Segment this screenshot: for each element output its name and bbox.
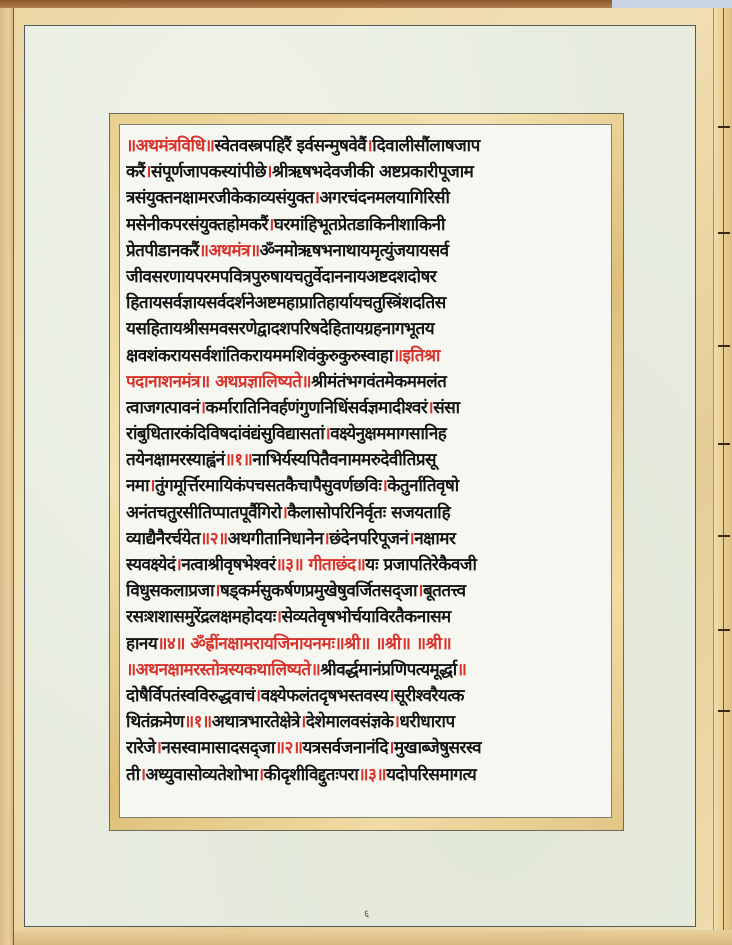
body-text: जीवसरणायपरमपवित्रपुरुषायचतुर्वेदाननायअष्…: [126, 267, 436, 287]
body-text: यदोपरिसमागत्य: [386, 765, 476, 785]
manuscript-line: यसहितायश्रीसमवसरणेद्वादशपरिषदेहितायग्रहन…: [126, 316, 605, 342]
manuscript-line: स्यवक्ष्येदं।नत्वाश्रीवृषभेश्वरं॥३॥ गीता…: [126, 552, 605, 578]
body-text: अनंतचतुरसीतिप्पातपूर्वैगिरो: [126, 503, 281, 523]
body-text: हानय: [126, 634, 157, 654]
binding-stitch-mark: [718, 710, 730, 712]
body-text: नसस्वामासादसद्जा: [161, 738, 274, 758]
body-text: सेव्यतेवृषभोर्चयाविरतैकनासम: [282, 607, 451, 627]
body-text: यत्रसर्वजनानंदि: [303, 738, 389, 758]
manuscript-line: रारेजे।नसस्वामासादसद्जा॥२॥यत्रसर्वजनानंद…: [126, 735, 605, 761]
body-text: षड्कर्मसुकर्षणप्रमुखेषुवर्जितसद्जा: [220, 581, 417, 601]
body-text: नक्षामर: [414, 529, 455, 549]
manuscript-line: हानय॥४॥ ॐह्रींनक्षामरायजिनायनमः॥श्री॥ ॥श…: [126, 631, 605, 657]
top-edge-strip: [0, 0, 732, 8]
manuscript-line: जीवसरणायपरमपवित्रपुरुषायचतुर्वेदाननायअष्…: [126, 264, 605, 290]
body-text: श्रीऋषभदेवजीकी अष्टप्रकारीपूजाम: [272, 162, 473, 182]
left-page-edge: [0, 8, 14, 945]
body-text: थितंक्रमेण: [126, 712, 184, 732]
body-text: नाभिर्यस्यपितैवनाममरुदेवीतिप्रसू: [252, 450, 436, 470]
body-text: श्रीवर्द्धमानंप्रणिपत्यमूर्द्धा: [320, 660, 456, 680]
binding-stitch-mark: [718, 443, 730, 445]
body-text: यः प्रजापतिरेकैवजी: [365, 555, 476, 575]
body-text: स्यवक्ष्येदं: [126, 555, 175, 575]
manuscript-line: दोषैर्विपतंस्वविरुद्धवाचं।वक्ष्येफलंतदृष…: [126, 683, 605, 709]
manuscript-line: ॥अथनक्षामरस्तोत्रस्यकथालिष्यते॥श्रीवर्द्…: [126, 657, 605, 683]
manuscript-line: तयेनक्षामरस्याह्वंनं॥१॥नाभिर्यस्यपितैवना…: [126, 447, 605, 473]
body-text: वक्ष्येनुक्षममागसानिह: [330, 424, 446, 444]
manuscript-line: मसेनीकपरसंयुक्तहोमकरैं।घरमांहिभूतप्रेतडा…: [126, 212, 605, 238]
body-text: बूततत्त्व: [423, 581, 466, 601]
rubric-text: पदानाशनमंत्र॥ अथप्रज्ञालिष्यते॥: [126, 372, 311, 392]
body-text: रांबुधितारकंदिविषदांवंद्यंसुविद्यासतां: [126, 424, 324, 444]
body-text: विधुसकलाप्रजा: [126, 581, 214, 601]
body-text: तुंगमूर्त्तिरमायिकंपचसतकैचापैसुवर्णछविः: [155, 476, 381, 496]
rubric-text: ॥अथमंत्र॥: [199, 241, 260, 261]
spine-fold-line: [723, 8, 724, 945]
body-text: संपूर्णजापकस्यांपीछे: [151, 162, 266, 182]
body-text: अथगीतानिधानेन: [228, 529, 323, 549]
body-text: घरमांहिभूतप्रेतडाकिनीशाकिनी: [274, 215, 445, 235]
body-text: कीदृशीविद्दुतःपरा: [264, 765, 359, 785]
binding-stitch-mark: [718, 345, 730, 347]
manuscript-text-panel: ॥अथमंत्रविधि॥स्वेतवस्त्रपहिरैं इर्वसन्मु…: [119, 124, 612, 818]
body-text: दिवालीसौंलाषजाप: [372, 136, 480, 156]
body-text: अध्युवासोव्यतेशोभा: [146, 765, 258, 785]
rubric-text: ॥२॥: [200, 529, 228, 549]
body-text: प्रेतपीडानकरैं: [126, 241, 199, 261]
rubric-text: ॥२॥: [275, 738, 303, 758]
manuscript-line: व्याद्यैनैरर्चयेत॥२॥अथगीतानिधानेन।छंदेनप…: [126, 526, 605, 552]
background-strip: [612, 0, 732, 8]
body-text: सूरीश्वरैयत्क: [394, 686, 464, 706]
body-text: नत्वाश्रीवृषभेश्वरं: [181, 555, 275, 575]
body-text: श्रीमंतंभगवंतमेकममलंत: [311, 372, 446, 392]
body-text: देशेमालवसंज्ञके: [306, 712, 394, 732]
body-text: त्रसंयुक्तनक्षामरजीकेकाव्यसंयुक्त: [126, 188, 314, 208]
body-text: मुखाब्जेषुसरस्व: [394, 738, 481, 758]
rubric-text: ॥३॥: [358, 765, 386, 785]
body-text: क्षवशंकरायसर्वशांतिकरायममशिवंकुरुकुरुस्व…: [126, 346, 393, 366]
rubric-text: ॥: [457, 660, 467, 680]
body-text: नमा: [126, 476, 149, 496]
book-spine: [713, 8, 732, 945]
body-text: केतुर्नातिवृषो: [387, 476, 458, 496]
binding-stitch-mark: [718, 629, 730, 631]
rubric-text: ॥अथनक्षामरस्तोत्रस्यकथालिष्यते॥: [126, 660, 320, 680]
body-text: यसहितायश्रीसमवसरणेद्वादशपरिषदेहितायग्रहन…: [126, 319, 434, 339]
binding-stitch-mark: [718, 535, 730, 537]
bottom-frame-edge: [14, 930, 732, 945]
manuscript-line: अनंतचतुरसीतिप्पातपूर्वैगिरो।कैलासोपरिनिर…: [126, 500, 605, 526]
body-text: ॐनमोऋषभनाथायमृत्युंजयायसर्व: [260, 241, 449, 261]
manuscript-line: थितंक्रमेण॥१॥अथात्रभारतेक्षेत्रे।देशेमाल…: [126, 709, 605, 735]
manuscript-line: ती।अध्युवासोव्यतेशोभा।कीदृशीविद्दुतःपरा॥…: [126, 762, 605, 788]
body-text: ती: [126, 765, 140, 785]
manuscript-line: त्वाजगत्पावनं।कर्मारातिनिवर्हणंगुणनिधिंस…: [126, 395, 605, 421]
manuscript-line: प्रेतपीडानकरैं॥अथमंत्र॥ॐनमोऋषभनाथायमृत्य…: [126, 238, 605, 264]
body-text: व्याद्यैनैरर्चयेत: [126, 529, 200, 549]
manuscript-line: हितायसर्वज्ञायसर्वदर्शनेअष्टमहाप्रातिहार…: [126, 290, 605, 316]
rubric-text: ॥४॥ ॐह्रींनक्षामरायजिनायनमः॥श्री॥ ॥श्री॥…: [157, 634, 451, 654]
rubric-text: ॥३॥ गीताछंद॥: [275, 555, 365, 575]
body-text: संसा: [433, 398, 459, 418]
body-text: कैलासोपरिनिर्वृतः सजयताहि: [287, 503, 450, 523]
body-text: हितायसर्वज्ञायसर्वदर्शनेअष्टमहाप्रातिहार…: [126, 293, 446, 313]
body-text: दोषैर्विपतंस्वविरुद्धवाचं: [126, 686, 255, 706]
body-text: धरीधाराप: [399, 712, 454, 732]
rubric-text: ॥इतिश्रा: [393, 346, 440, 366]
body-text: रसःशशासमुरेंद्रलक्षमहोदयः: [126, 607, 276, 627]
body-text: स्वेतवस्त्रपहिरैं इर्वसन्मुषवेवैं: [214, 136, 366, 156]
body-text: करैं: [126, 162, 145, 182]
manuscript-line: पदानाशनमंत्र॥ अथप्रज्ञालिष्यते॥श्रीमंतंभ…: [126, 369, 605, 395]
manuscript-line: नमा।तुंगमूर्त्तिरमायिकंपचसतकैचापैसुवर्णछ…: [126, 473, 605, 499]
rubric-text: ॥१॥: [184, 712, 212, 732]
body-text: कर्मारातिनिवर्हणंगुणनिधिंसर्वज्ञमादीश्वर…: [206, 398, 428, 418]
manuscript-line: क्षवशंकरायसर्वशांतिकरायममशिवंकुरुकुरुस्व…: [126, 343, 605, 369]
manuscript-line: रांबुधितारकंदिविषदांवंद्यंसुविद्यासतां।व…: [126, 421, 605, 447]
manuscript-line: विधुसकलाप्रजा।षड्कर्मसुकर्षणप्रमुखेषुवर्…: [126, 578, 605, 604]
manuscript-line: ॥अथमंत्रविधि॥स्वेतवस्त्रपहिरैं इर्वसन्मु…: [126, 133, 605, 159]
rubric-text: ॥अथमंत्रविधि॥: [126, 136, 214, 156]
manuscript-line: रसःशशासमुरेंद्रलक्षमहोदयः।सेव्यतेवृषभोर्…: [126, 604, 605, 630]
body-text: तयेनक्षामरस्याह्वंनं: [126, 450, 225, 470]
manuscript-line: त्रसंयुक्तनक्षामरजीकेकाव्यसंयुक्त।अगरचंद…: [126, 185, 605, 211]
binding-stitch-mark: [718, 232, 730, 234]
body-text: अथात्रभारतेक्षेत्रे: [212, 712, 300, 732]
body-text: वक्ष्येफलंतदृषभस्तवस्य: [261, 686, 388, 706]
body-text: रारेजे: [126, 738, 155, 758]
binding-stitch-mark: [718, 126, 730, 128]
body-text: त्वाजगत्पावनं: [126, 398, 200, 418]
body-text: मसेनीकपरसंयुक्तहोमकरैं: [126, 215, 268, 235]
rubric-text: ॥१॥: [225, 450, 253, 470]
body-text: अगरचंदनमलयागिरिसी: [320, 188, 450, 208]
body-text: छंदेनपरिपूजनं: [329, 529, 408, 549]
page-number: ६: [364, 906, 369, 920]
manuscript-line: करैं।संपूर्णजापकस्यांपीछे।श्रीऋषभदेवजीकी…: [126, 159, 605, 185]
